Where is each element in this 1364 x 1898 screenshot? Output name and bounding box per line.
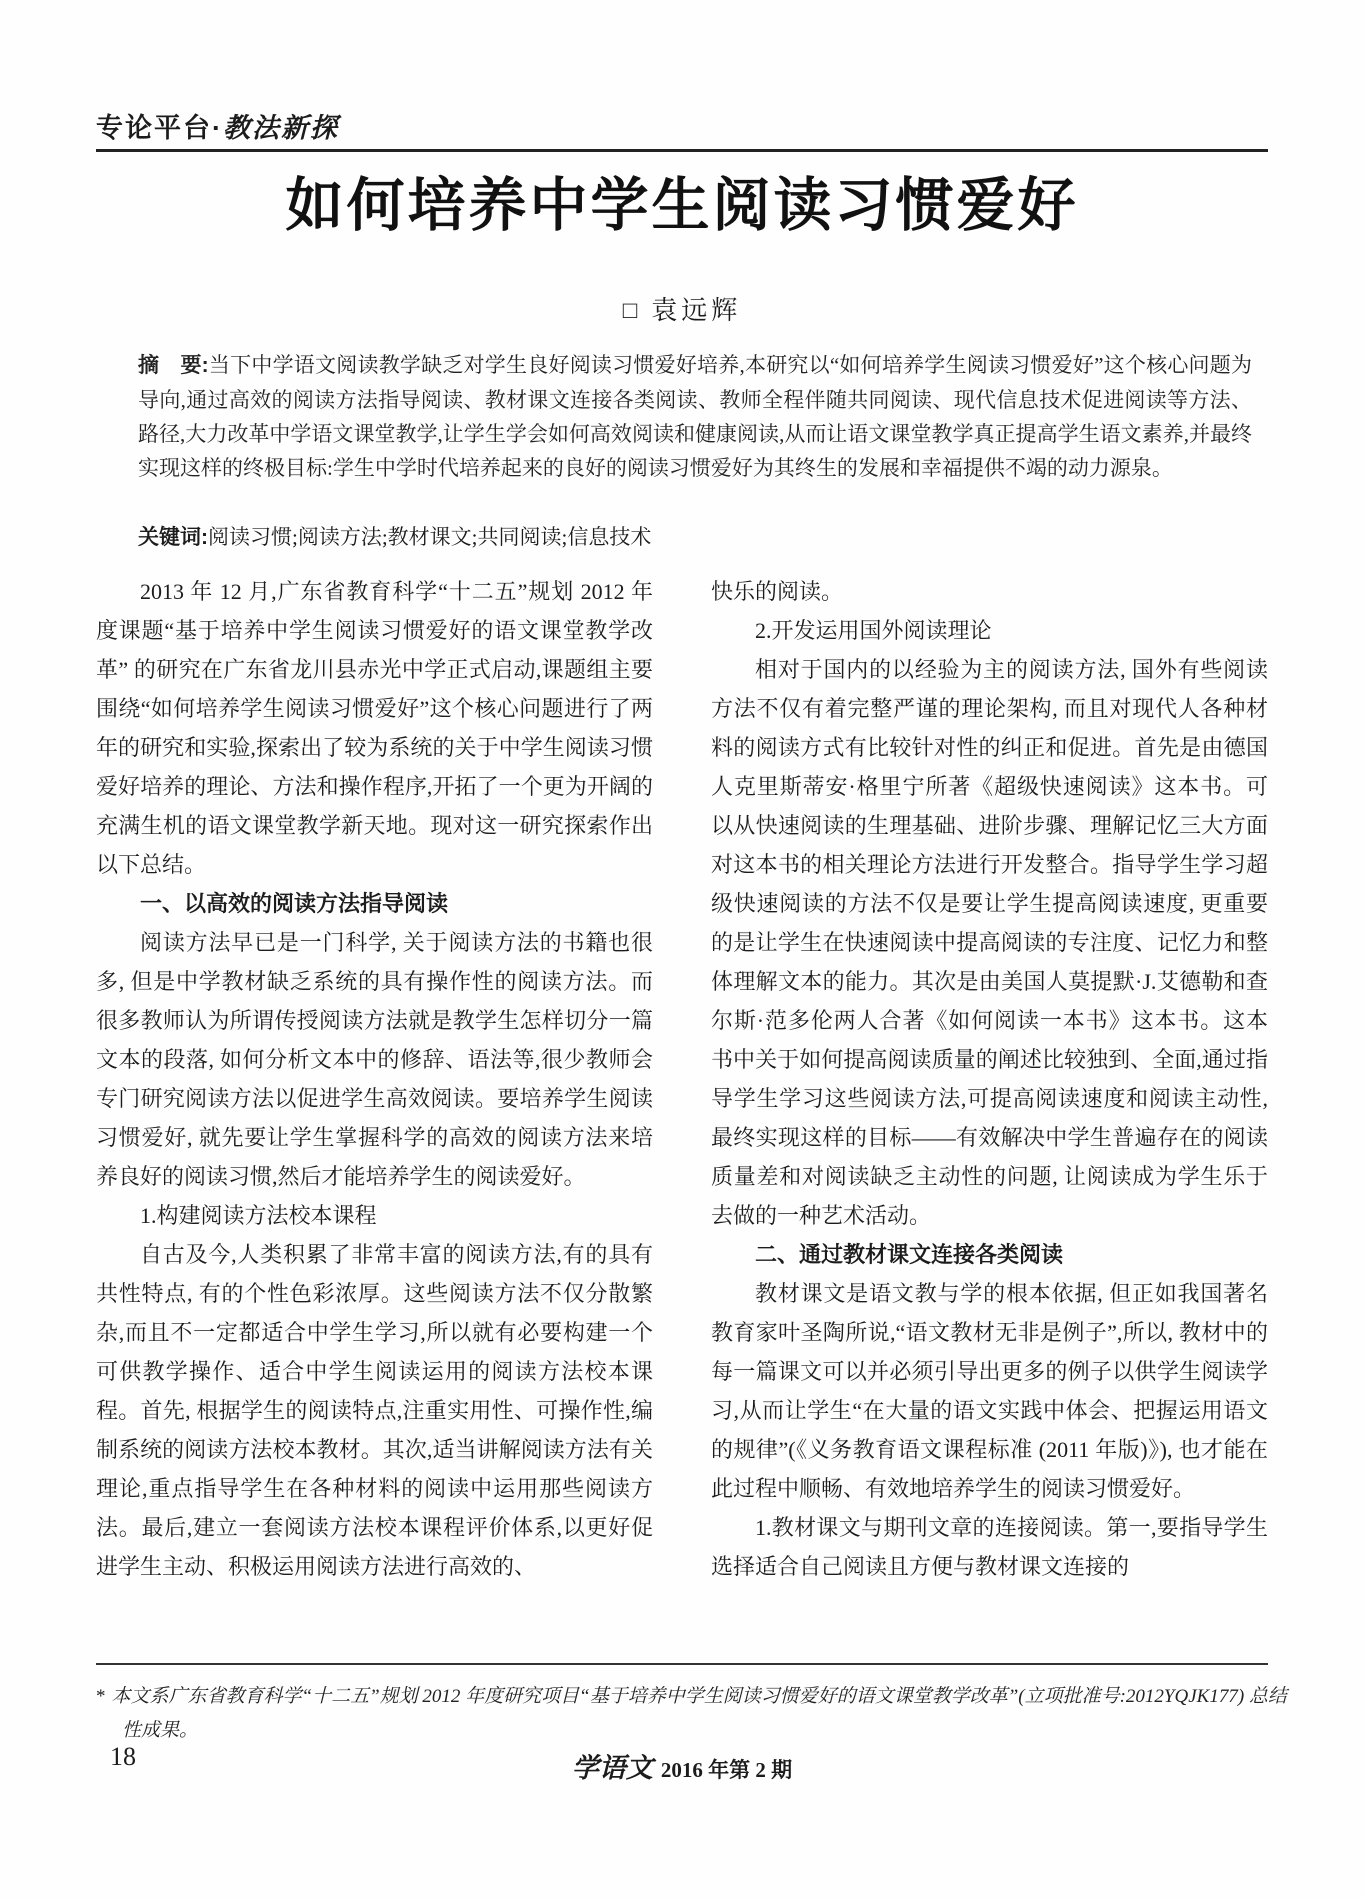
journal-line: 学语文2016 年第 2 期: [96, 1746, 1268, 1785]
section-label: 专论平台·教法新探: [96, 106, 339, 145]
page-footer: 18 学语文2016 年第 2 期: [96, 1742, 1268, 1782]
paragraph-continuation: 快乐的阅读。: [711, 572, 1268, 611]
subsection-heading-2: 2.开发运用国外阅读理论: [711, 611, 1268, 650]
paragraph: 自古及今,人类积累了非常丰富的阅读方法,有的具有共性特点, 有的个性色彩浓厚。这…: [96, 1235, 653, 1586]
paragraph: 教材课文是语文教与学的根本依据, 但正如我国著名教育家叶圣陶所说,“语文教材无非…: [711, 1274, 1268, 1508]
right-column: 快乐的阅读。 2.开发运用国外阅读理论 相对于国内的以经验为主的阅读方法, 国外…: [711, 572, 1268, 1658]
left-column: 2013 年 12 月,广东省教育科学“十二五”规划 2012 年度课题“基于培…: [96, 572, 653, 1658]
paragraph: 2013 年 12 月,广东省教育科学“十二五”规划 2012 年度课题“基于培…: [96, 572, 653, 884]
section-label-script: 教法新探: [223, 113, 339, 143]
body-columns: 2013 年 12 月,广东省教育科学“十二五”规划 2012 年度课题“基于培…: [96, 572, 1268, 1658]
keywords-text: 阅读习惯;阅读方法;教材课文;共同阅读;信息技术: [208, 525, 651, 549]
author-line: □袁远辉: [0, 290, 1364, 327]
section-label-prefix: 专论平台·: [96, 113, 223, 143]
paragraph: 相对于国内的以经验为主的阅读方法, 国外有些阅读方法不仅有着完整严谨的理论架构,…: [711, 650, 1268, 1235]
paragraph: 阅读方法早已是一门科学, 关于阅读方法的书籍也很多, 但是中学教材缺乏系统的具有…: [96, 923, 653, 1196]
section-heading-2: 二、通过教材课文连接各类阅读: [711, 1235, 1268, 1274]
author-name: 袁远辉: [651, 296, 741, 325]
footnote: *本文系广东省教育科学“十二五”规划 2012 年度研究项目“基于培养中学生阅读…: [96, 1680, 1302, 1748]
footnote-text: 本文系广东省教育科学“十二五”规划 2012 年度研究项目“基于培养中学生阅读习…: [112, 1686, 1287, 1741]
keywords-label: 关键词:: [138, 526, 208, 549]
author-marker-icon: □: [623, 298, 642, 324]
footnote-rule: [96, 1663, 1268, 1665]
abstract: 摘 要:当下中学语文阅读教学缺乏对学生良好阅读习惯爱好培养,本研究以“如何培养学…: [138, 348, 1252, 485]
keywords: 关键词:阅读习惯;阅读方法;教材课文;共同阅读;信息技术: [138, 520, 1252, 555]
journal-page: 专论平台·教法新探 如何培养中学生阅读习惯爱好 □袁远辉 摘 要:当下中学语文阅…: [0, 0, 1364, 1898]
journal-name: 学语文: [572, 1753, 653, 1783]
article-title: 如何培养中学生阅读习惯爱好: [0, 158, 1364, 242]
section-heading-1: 一、以高效的阅读方法指导阅读: [96, 884, 653, 923]
abstract-label: 摘 要:: [138, 354, 209, 377]
footnote-marker: *: [96, 1686, 106, 1707]
abstract-text: 当下中学语文阅读教学缺乏对学生良好阅读习惯爱好培养,本研究以“如何培养学生阅读习…: [138, 353, 1252, 480]
header-rule: [96, 149, 1268, 152]
subsection-heading-1: 1.构建阅读方法校本课程: [96, 1196, 653, 1235]
journal-issue: 2016 年第 2 期: [661, 1758, 792, 1782]
paragraph: 1.教材课文与期刊文章的连接阅读。第一,要指导学生选择适合自己阅读且方便与教材课…: [711, 1508, 1268, 1586]
